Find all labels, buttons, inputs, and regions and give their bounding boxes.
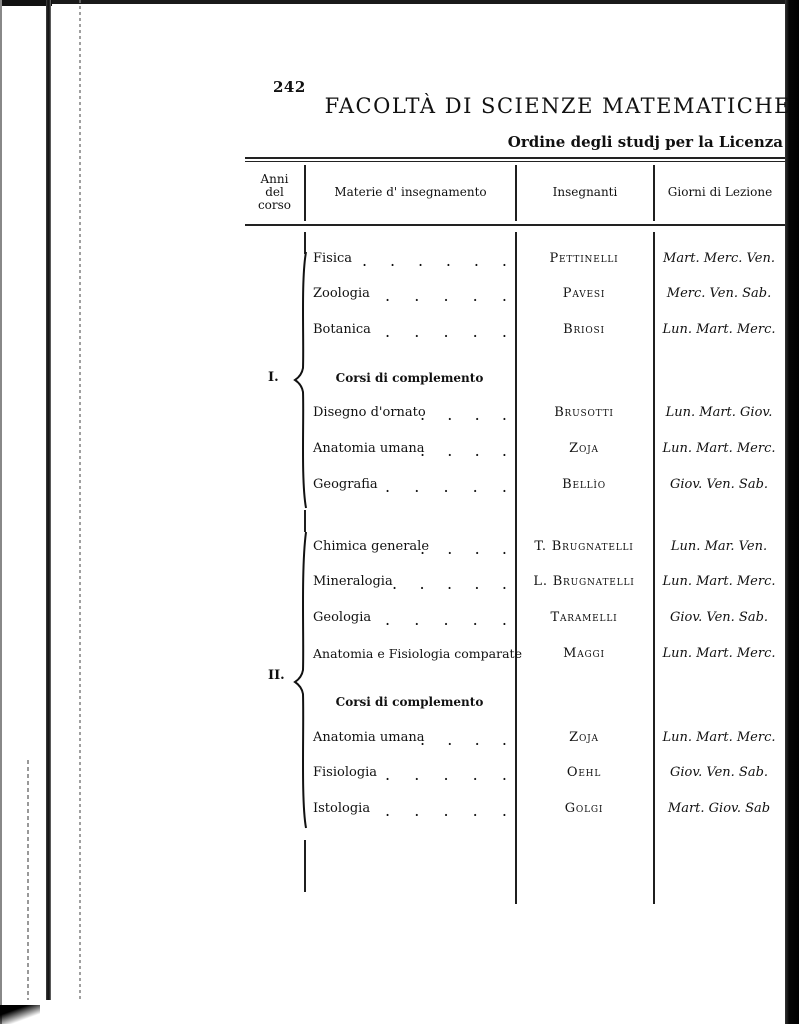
teacher-cell: Bellìo bbox=[515, 477, 653, 492]
days-cell: Giov. Ven. Sab. bbox=[653, 765, 785, 780]
subject-cell: Geologia bbox=[313, 610, 371, 625]
header-year: Anni del corso bbox=[245, 173, 304, 212]
days-cell: Lun. Mart. Merc. bbox=[653, 646, 785, 661]
header-bottom-rule bbox=[245, 224, 785, 226]
table-row: Anatomia e Fisiologia comparate Maggi Lu… bbox=[0, 646, 799, 664]
table-row: Chimica generale .... T. Brugnatelli Lun… bbox=[0, 539, 799, 557]
teacher-cell: Zoja bbox=[515, 441, 653, 456]
table-row: Fisiologia ..... Oehl Giov. Ven. Sab. bbox=[0, 765, 799, 783]
days-cell: Lun. Mart. Merc. bbox=[653, 441, 785, 456]
table-row: Botanica ..... Briosi Lun. Mart. Merc. bbox=[0, 322, 799, 340]
subject-cell: Disegno d'ornato bbox=[313, 405, 426, 420]
header-days: Giorni di Lezione bbox=[655, 186, 785, 199]
subject-name: Fisiologia bbox=[313, 765, 377, 780]
subject-cell: Chimica generale bbox=[313, 539, 429, 554]
days-cell: Giov. Ven. Sab. bbox=[653, 477, 785, 492]
days-cell: Lun. Mart. Merc. bbox=[653, 322, 785, 337]
header-year-line-3: corso bbox=[245, 199, 304, 212]
subject-column-line-bottom bbox=[304, 840, 306, 892]
teacher-cell: Pavesi bbox=[515, 286, 653, 301]
binding-thin-line bbox=[27, 760, 29, 1000]
subject-name: Istologia bbox=[313, 801, 370, 816]
table-top-rule bbox=[245, 157, 785, 159]
table-row: Anatomia umana .... Zoja Lun. Mart. Merc… bbox=[0, 441, 799, 459]
page-title: FACOLTÀ DI SCIENZE MATEMATICHE bbox=[325, 94, 791, 118]
subject-cell: Anatomia umana bbox=[313, 730, 425, 745]
subject-name: Anatomia umana bbox=[313, 441, 425, 456]
subject-cell: Anatomia e Fisiologia comparate bbox=[313, 646, 522, 661]
teacher-cell: Taramelli bbox=[515, 610, 653, 625]
page-subtitle: Ordine degli studj per la Licenza bbox=[508, 133, 783, 151]
subject-name: Disegno d'ornato bbox=[313, 405, 426, 420]
subject-cell: Geografia bbox=[313, 477, 378, 492]
subject-name: Geografia bbox=[313, 477, 378, 492]
scan-right-border bbox=[785, 0, 799, 1024]
teacher-cell: Maggi bbox=[515, 646, 653, 661]
table-row: Mineralogia ..... L. Brugnatelli Lun. Ma… bbox=[0, 574, 799, 592]
teacher-cell: Oehl bbox=[515, 765, 653, 780]
complement-heading-1: Corsi di complemento bbox=[304, 371, 515, 385]
header-subject: Materie d' insegnamento bbox=[306, 186, 515, 199]
days-cell: Merc. Ven. Sab. bbox=[653, 286, 785, 301]
subject-name: Anatomia umana bbox=[313, 730, 425, 745]
table-row: Anatomia umana .... Zoja Lun. Mart. Merc… bbox=[0, 730, 799, 748]
page-number: 242 bbox=[273, 78, 306, 96]
table-row: Fisica ...... Pettinelli Mart. Merc. Ven… bbox=[0, 251, 799, 269]
subject-cell: Botanica bbox=[313, 322, 371, 337]
scan-top-edge bbox=[0, 0, 799, 4]
subject-cell: Mineralogia bbox=[313, 574, 393, 589]
binding-line bbox=[46, 0, 51, 1000]
year-label-2: II. bbox=[268, 668, 285, 683]
days-cell: Lun. Mart. Merc. bbox=[653, 730, 785, 745]
teacher-cell: T. Brugnatelli bbox=[515, 539, 653, 554]
scan-top-edge-left bbox=[0, 0, 52, 6]
subject-cell: Zoologia bbox=[313, 286, 370, 301]
days-cell: Mart. Merc. Ven. bbox=[653, 251, 785, 266]
subject-cell: Anatomia umana bbox=[313, 441, 425, 456]
complement-heading-2: Corsi di complemento bbox=[304, 695, 515, 709]
teacher-cell: Zoja bbox=[515, 730, 653, 745]
subject-cell: Fisica bbox=[313, 251, 352, 266]
subject-name: Botanica bbox=[313, 322, 371, 337]
table-row: Zoologia ..... Pavesi Merc. Ven. Sab. bbox=[0, 286, 799, 304]
teacher-cell: Golgi bbox=[515, 801, 653, 816]
header-teacher: Insegnanti bbox=[517, 186, 653, 199]
subject-name: Fisica bbox=[313, 251, 352, 266]
days-cell: Lun. Mart. Merc. bbox=[653, 574, 785, 589]
subject-name: Mineralogia bbox=[313, 574, 393, 589]
teacher-cell: L. Brugnatelli bbox=[515, 574, 653, 589]
subject-name: Geologia bbox=[313, 610, 371, 625]
days-cell: Mart. Giov. Sab bbox=[653, 801, 785, 816]
year-label-1: I. bbox=[268, 370, 279, 385]
table-row: Geologia ..... Taramelli Giov. Ven. Sab. bbox=[0, 610, 799, 628]
subject-name: Zoologia bbox=[313, 286, 370, 301]
subject-name: Chimica generale bbox=[313, 539, 429, 554]
table-row: Istologia ..... Golgi Mart. Giov. Sab bbox=[0, 801, 799, 819]
scan-left-edge bbox=[0, 0, 2, 1024]
teacher-cell: Pettinelli bbox=[515, 251, 653, 266]
subject-column-line-mid bbox=[304, 510, 306, 532]
days-cell: Lun. Mar. Ven. bbox=[653, 539, 785, 554]
table-row: Disegno d'ornato .... Brusotti Lun. Mart… bbox=[0, 405, 799, 423]
subject-cell: Fisiologia bbox=[313, 765, 377, 780]
teacher-cell: Brusotti bbox=[515, 405, 653, 420]
teacher-cell: Briosi bbox=[515, 322, 653, 337]
days-cell: Lun. Mart. Giov. bbox=[653, 405, 785, 420]
scan-corner-shadow bbox=[0, 1005, 40, 1024]
days-cell: Giov. Ven. Sab. bbox=[653, 610, 785, 625]
subject-cell: Istologia bbox=[313, 801, 370, 816]
table-row: Geografia ..... Bellìo Giov. Ven. Sab. bbox=[0, 477, 799, 495]
binding-dotted-line bbox=[79, 0, 81, 1000]
subject-name: Anatomia e Fisiologia comparate bbox=[313, 646, 522, 661]
table-top-rule-thin bbox=[245, 161, 785, 162]
